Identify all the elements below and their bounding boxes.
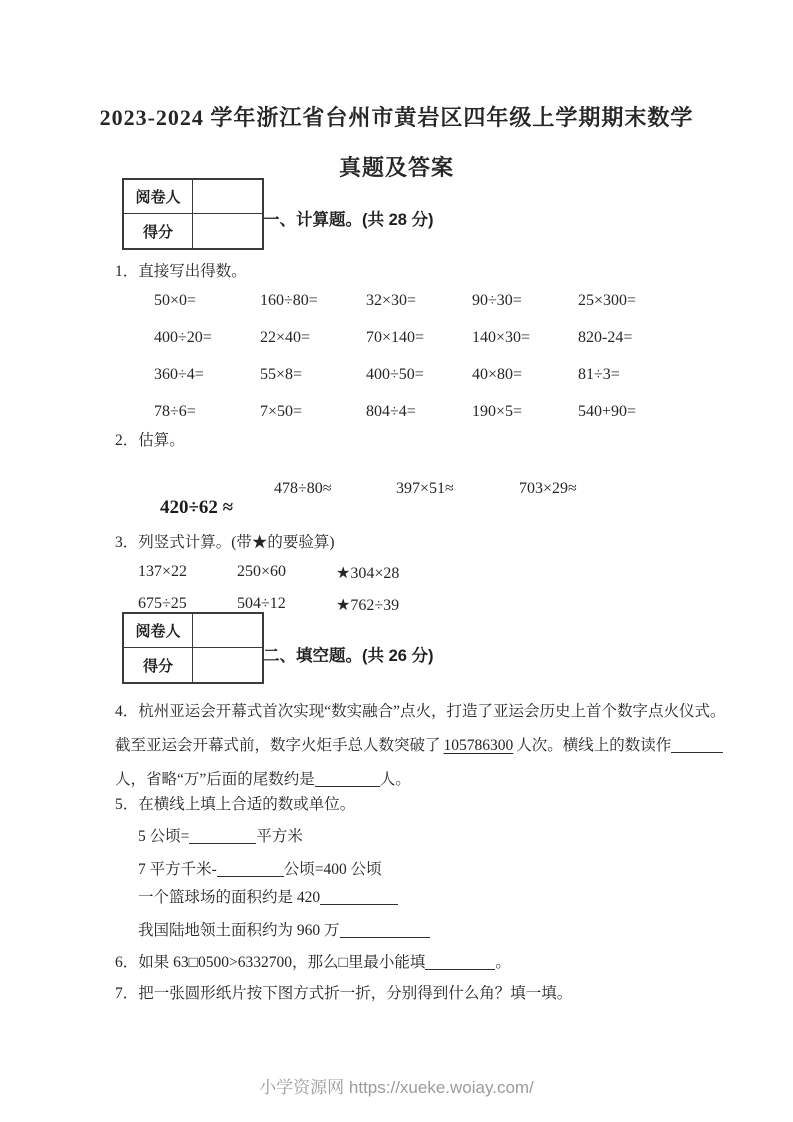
score-value-cell bbox=[193, 648, 262, 682]
question-5-stem: 5．在横线上填上合适的数或单位。 bbox=[115, 792, 355, 814]
question-4-line1: 4．杭州亚运会开幕式首次实现“数实融合”点火，打造了亚运会历史上首个数字点火仪式… bbox=[115, 699, 726, 721]
q1-item: 81÷3= bbox=[578, 366, 620, 403]
q4-line3-text2: 人。 bbox=[380, 771, 411, 788]
blank-line bbox=[189, 829, 256, 845]
q5-sub2: 7 平方千米-公顷=400 公顷 bbox=[138, 857, 382, 879]
q1-item: 25×300= bbox=[578, 292, 636, 329]
page-title: 2023-2024 学年浙江省台州市黄岩区四年级上学期期末数学 bbox=[0, 101, 793, 132]
question-3-stem: 3．列竖式计算。(带★的要验算) bbox=[115, 530, 335, 552]
blank-line bbox=[425, 955, 495, 971]
section-1-heading: 一、计算题。(共 28 分) bbox=[263, 206, 434, 230]
q4-line2-text: 截至亚运会开幕式前，数字火炬手总人数突破了 bbox=[115, 737, 441, 754]
q2-item: 478÷80≈ bbox=[274, 480, 332, 498]
q1-item: 90÷30= bbox=[472, 292, 578, 329]
q3-item: 250×60 bbox=[237, 563, 336, 595]
question-1-grid: 50×0= 160÷80= 32×30= 90÷30= 25×300= 400÷… bbox=[154, 292, 636, 440]
q4-line2-text2: 人次。横线上的数读作 bbox=[516, 737, 671, 754]
q5-sub1-text2: 平方米 bbox=[256, 828, 303, 845]
q4-line3-text: 人，省略“万”后面的尾数约是 bbox=[115, 771, 315, 788]
question-6: 6．如果 63□0500>6332700，那么□里最小能填。 bbox=[115, 950, 511, 972]
q1-item: 55×8= bbox=[260, 366, 366, 403]
question-4-line3: 人，省略“万”后面的尾数约是人。 bbox=[115, 767, 411, 789]
exam-page: 2023-2024 学年浙江省台州市黄岩区四年级上学期期末数学 真题及答案 阅卷… bbox=[0, 0, 793, 1122]
q1-item: 160÷80= bbox=[260, 292, 366, 329]
blank-line bbox=[217, 862, 284, 878]
q1-item: 190×5= bbox=[472, 403, 578, 440]
grader-table-2: 阅卷人 得分 bbox=[122, 612, 264, 684]
question-4-line2: 截至亚运会开幕式前，数字火炬手总人数突破了105786300人次。横线上的数读作 bbox=[115, 733, 723, 755]
examiner-label: 阅卷人 bbox=[124, 614, 193, 648]
blank-line bbox=[315, 772, 380, 788]
q5-sub2-text2: 公顷=400 公顷 bbox=[284, 861, 382, 878]
q1-item: 40×80= bbox=[472, 366, 578, 403]
q6-text2: 。 bbox=[495, 954, 511, 971]
q5-sub2-text: 7 平方千米- bbox=[138, 861, 217, 878]
page-title-line2: 真题及答案 bbox=[0, 151, 793, 182]
score-label: 得分 bbox=[124, 648, 193, 682]
question-2-stem: 2．估算。 bbox=[115, 428, 185, 450]
q5-sub1-text: 5 公顷= bbox=[138, 828, 189, 845]
question-7-stem: 7．把一张圆形纸片按下图方式折一折，分别得到什么角？填一填。 bbox=[115, 981, 572, 1003]
q1-item: 70×140= bbox=[366, 329, 472, 366]
q1-item: 50×0= bbox=[154, 292, 260, 329]
q5-sub3-text: 一个篮球场的面积约是 420 bbox=[138, 889, 320, 906]
blank-line bbox=[340, 923, 430, 939]
q1-row: 50×0= 160÷80= 32×30= 90÷30= 25×300= bbox=[154, 292, 636, 329]
q4-underlined-number: 105786300 bbox=[444, 737, 514, 754]
examiner-value-cell bbox=[193, 614, 262, 648]
q3-item: ★304×28 bbox=[336, 563, 399, 595]
examiner-label: 阅卷人 bbox=[124, 180, 193, 214]
blank-line bbox=[671, 738, 723, 754]
q6-text: 6．如果 63□0500>6332700，那么□里最小能填 bbox=[115, 954, 425, 971]
q1-item: 32×30= bbox=[366, 292, 472, 329]
q1-item: 820-24= bbox=[578, 329, 632, 366]
q1-item: 804÷4= bbox=[366, 403, 472, 440]
score-value-cell bbox=[193, 214, 262, 248]
q1-row: 360÷4= 55×8= 400÷50= 40×80= 81÷3= bbox=[154, 366, 636, 403]
q3-item: 137×22 bbox=[138, 563, 237, 595]
q1-row: 400÷20= 22×40= 70×140= 140×30= 820-24= bbox=[154, 329, 636, 366]
q1-item: 7×50= bbox=[260, 403, 366, 440]
q2-item-large: 420÷62 ≈ bbox=[160, 497, 233, 519]
q5-sub4: 我国陆地领土面积约为 960 万 bbox=[138, 918, 430, 940]
q2-item: 703×29≈ bbox=[519, 480, 577, 498]
q1-row: 78÷6= 7×50= 804÷4= 190×5= 540+90= bbox=[154, 403, 636, 440]
grader-table-1: 阅卷人 得分 bbox=[122, 178, 264, 250]
q1-item: 360÷4= bbox=[154, 366, 260, 403]
q5-sub4-text: 我国陆地领土面积约为 960 万 bbox=[138, 922, 340, 939]
site-watermark: 小学资源网 https://xueke.woiay.com/ bbox=[0, 1073, 793, 1098]
section-2-heading: 二、填空题。(共 26 分) bbox=[263, 642, 434, 666]
q5-sub1: 5 公顷=平方米 bbox=[138, 824, 303, 846]
q5-sub3: 一个篮球场的面积约是 420 bbox=[138, 885, 398, 907]
q1-item: 400÷50= bbox=[366, 366, 472, 403]
examiner-value-cell bbox=[193, 180, 262, 214]
q1-item: 400÷20= bbox=[154, 329, 260, 366]
q3-row: 137×22 250×60 ★304×28 bbox=[138, 563, 399, 595]
score-label: 得分 bbox=[124, 214, 193, 248]
q2-item: 397×51≈ bbox=[396, 480, 454, 498]
q1-item: 140×30= bbox=[472, 329, 578, 366]
question-1-stem: 1．直接写出得数。 bbox=[115, 259, 247, 281]
q3-item: ★762÷39 bbox=[336, 595, 399, 627]
q1-item: 540+90= bbox=[578, 403, 636, 440]
blank-line bbox=[320, 890, 398, 906]
q1-item: 22×40= bbox=[260, 329, 366, 366]
